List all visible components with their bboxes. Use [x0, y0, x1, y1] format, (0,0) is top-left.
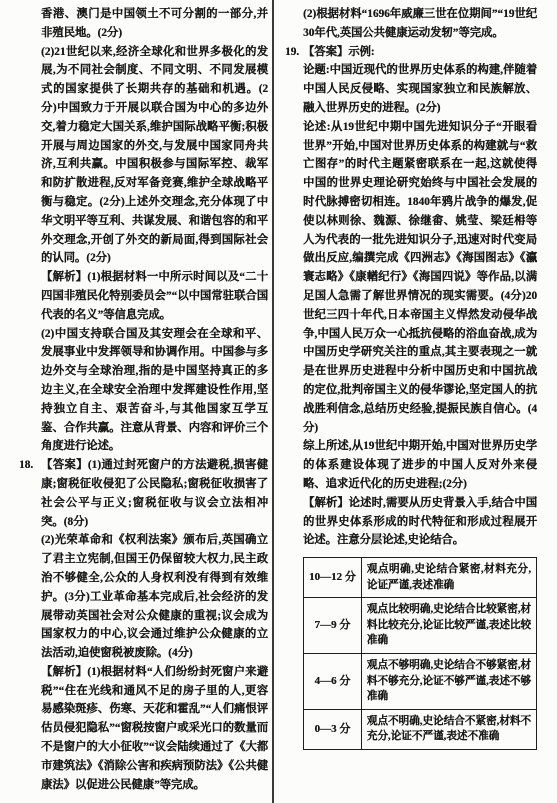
- rubric-table: 10—12 分观点明确,史论结合紧密,材料充分,论证严谨,表述准确7—9 分观点…: [303, 557, 537, 750]
- rubric-row: 7—9 分观点比较明确,史论结合比较紧密,材料比较充分,论证比较严谨,表述比较准…: [304, 598, 537, 654]
- answer-paragraph: 论述:从19世纪中期中国先进知识分子“开眼看世界”开始,中国对世界历史体系的构建…: [303, 118, 537, 438]
- answer-paragraph: 【答案】(1)通过封死窗户的方法避税,损害健康;窗税征收侵犯了公民隐私;窗税征收…: [41, 456, 268, 531]
- rubric-row: 10—12 分观点明确,史论结合紧密,材料充分,论证严谨,表述准确: [304, 558, 537, 598]
- answer-paragraph: 论题:中国近现代的世界历史体系的构建,伴随着中国人民反侵略、实现国家独立和民族解…: [303, 61, 537, 117]
- rubric-row: 0—3 分观点不明确,史论结合不紧密,材料不充分,论证不严谨,表述不准确: [304, 709, 537, 749]
- rubric-score-range: 4—6 分: [304, 654, 362, 710]
- answer-item: 19.【答案】示例:论题:中国近现代的世界历史体系的构建,伴随着中国人民反侵略、…: [303, 43, 537, 551]
- answer-paragraph: 香港、澳门是中国领土不可分割的一部分,并非殖民地。(2分): [41, 5, 268, 43]
- right-column-items: (2)根据材料“1696年威廉三世在位期间”“19世纪30年代,英国公共健康运动…: [303, 5, 537, 550]
- rubric-row: 4—6 分观点不够明确,史论结合不够紧密,材料不够充分,论证不够严谨,表述不够准…: [304, 654, 537, 710]
- question-number: 19.: [285, 43, 303, 62]
- right-column: (2)根据材料“1696年威廉三世在位期间”“19世纪30年代,英国公共健康运动…: [285, 5, 537, 750]
- answer-paragraph: (2)21世纪以来,经济全球化和世界多极化的发展,为不同社会制度、不同文明、不同…: [41, 43, 268, 269]
- answer-paragraph: 【解析】论述时,需要从历史背景入手,结合中国的世界史体系形成的时代特征和形成过程…: [303, 494, 537, 550]
- answer-paragraph: 【解析】(1)根据材料“人们纷纷封死窗户来避税”“住在光线和通风不足的房子里的人…: [41, 663, 268, 795]
- answer-paragraph: (2)根据材料“1696年威廉三世在位期间”“19世纪30年代,英国公共健康运动…: [303, 5, 537, 43]
- rubric-score-range: 7—9 分: [304, 598, 362, 654]
- rubric-score-range: 10—12 分: [304, 558, 362, 598]
- rubric-table-body: 10—12 分观点明确,史论结合紧密,材料充分,论证严谨,表述准确7—9 分观点…: [304, 558, 537, 750]
- question-number: 18.: [19, 456, 41, 475]
- answer-paragraph: 综上所述,从19世纪中期开始,中国对世界历史学的体系建设体现了进步的中国人反对外…: [303, 437, 537, 493]
- rubric-criteria: 观点明确,史论结合紧密,材料充分,论证严谨,表述准确: [361, 558, 536, 598]
- rubric-criteria: 观点不明确,史论结合不紧密,材料不充分,论证不严谨,表述不准确: [361, 709, 536, 749]
- answer-item: 香港、澳门是中国领土不可分割的一部分,并非殖民地。(2分)(2)21世纪以来,经…: [41, 5, 268, 456]
- answer-paragraph: (2)中国支持联合国及其安理会在全球和平、发展事业中发挥领导和协调作用。中国参与…: [41, 325, 268, 457]
- left-column-items: 香港、澳门是中国领土不可分割的一部分,并非殖民地。(2分)(2)21世纪以来,经…: [41, 5, 268, 794]
- document-page: 香港、澳门是中国领土不可分割的一部分,并非殖民地。(2分)(2)21世纪以来,经…: [0, 0, 557, 803]
- answer-paragraph: 【答案】示例:: [303, 43, 537, 62]
- rubric-criteria: 观点不够明确,史论结合不够紧密,材料不够充分,论证不够严谨,表述不够准确: [361, 654, 536, 710]
- left-column: 香港、澳门是中国领土不可分割的一部分,并非殖民地。(2分)(2)21世纪以来,经…: [19, 5, 268, 794]
- answer-paragraph: 【解析】(1)根据材料一中所示时间以及“二十四国非殖民化特别委员会”“以中国常驻…: [41, 268, 268, 324]
- column-divider: [272, 0, 274, 803]
- rubric-score-range: 0—3 分: [304, 709, 362, 749]
- rubric-criteria: 观点比较明确,史论结合比较紧密,材料比较充分,论证比较严谨,表述比较准确: [361, 598, 536, 654]
- answer-item: (2)根据材料“1696年威廉三世在位期间”“19世纪30年代,英国公共健康运动…: [303, 5, 537, 43]
- answer-paragraph: (2)光荣革命和《权利法案》颁布后,英国确立了君主立宪制,但国王仍保留较大权力,…: [41, 531, 268, 663]
- answer-item: 18.【答案】(1)通过封死窗户的方法避税,损害健康;窗税征收侵犯了公民隐私;窗…: [41, 456, 268, 794]
